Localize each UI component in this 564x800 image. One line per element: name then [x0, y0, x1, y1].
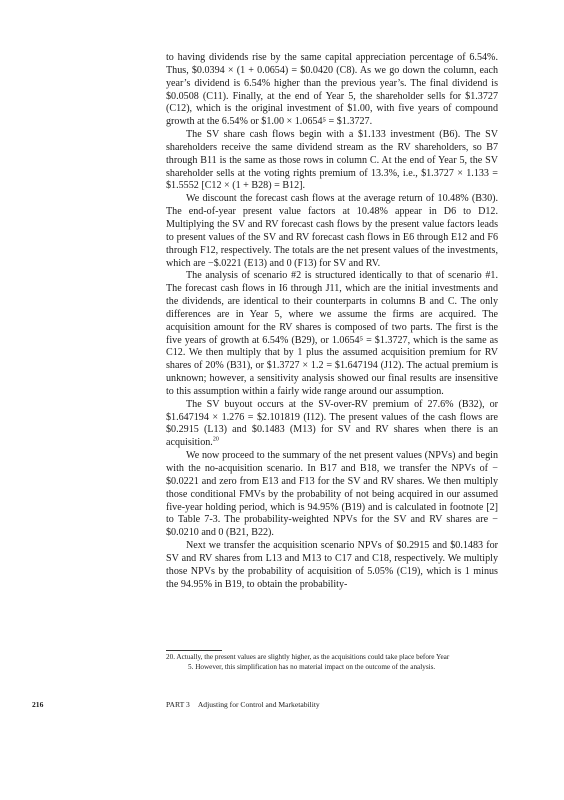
footnote-number: 20.	[166, 653, 175, 661]
running-head-title: Adjusting for Control and Marketability	[198, 700, 320, 709]
footnote-divider	[166, 650, 222, 651]
page-number: 216	[32, 700, 43, 709]
document-page: to having dividends rise by the same cap…	[0, 0, 564, 800]
paragraph-1: to having dividends rise by the same cap…	[166, 52, 498, 129]
running-head-part: PART 3	[166, 700, 190, 709]
footnote-line-1: Actually, the present values are slightl…	[176, 653, 449, 661]
footnote-reference: 20	[213, 437, 219, 443]
body-text: to having dividends rise by the same cap…	[166, 52, 498, 591]
running-head: PART 3Adjusting for Control and Marketab…	[166, 700, 320, 709]
paragraph-3: We discount the forecast cash flows at t…	[166, 193, 498, 270]
paragraph-6: We now proceed to the summary of the net…	[166, 450, 498, 540]
paragraph-7: Next we transfer the acquisition scenari…	[166, 540, 498, 591]
footnote-line-2: 5. However, this simplification has no m…	[166, 663, 498, 673]
paragraph-4: The analysis of scenario #2 is structure…	[166, 270, 498, 398]
paragraph-2: The SV share cash flows begin with a $1.…	[166, 129, 498, 193]
footnote-20: 20. Actually, the present values are sli…	[166, 653, 498, 672]
paragraph-5: The SV buyout occurs at the SV-over-RV p…	[166, 399, 498, 450]
